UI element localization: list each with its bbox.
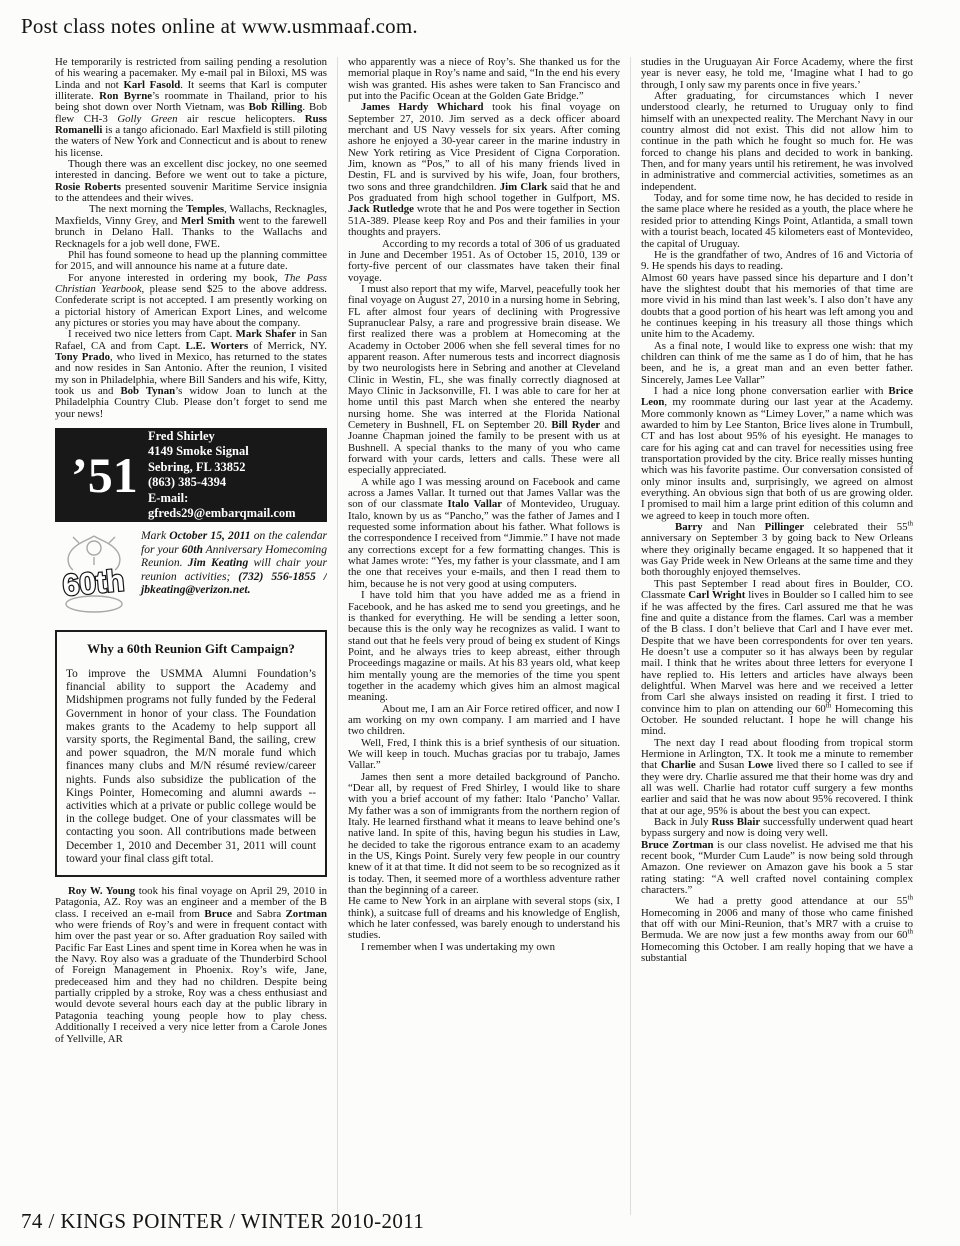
contact-street: 4149 Smoke Signal xyxy=(148,444,321,460)
paragraph: James then sent a more detailed backgrou… xyxy=(348,772,620,897)
paragraph: Though there was an excellent disc jocke… xyxy=(55,159,327,204)
paragraph: I received two nice letters from Capt. M… xyxy=(55,329,327,420)
text-columns: He temporarily is restricted from sailin… xyxy=(55,57,913,1215)
contact-city: Sebring, FL 33852 xyxy=(148,460,321,476)
reunion-note-block: 60th Mark October 15, 2011 on the calend… xyxy=(55,529,327,622)
paragraph: This past September I read about fires i… xyxy=(641,579,913,738)
paragraph: I had a nice long phone conversation ear… xyxy=(641,386,913,522)
paragraph: He came to New York in an airplane with … xyxy=(348,896,620,941)
paragraph: We had a pretty good attendance at our 5… xyxy=(641,896,913,964)
paragraph: Mark October 15, 2011 on the calendar fo… xyxy=(141,529,327,597)
paragraph: A while ago I was messing around on Face… xyxy=(348,477,620,590)
gift-campaign-title: Why a 60th Reunion Gift Campaign? xyxy=(66,641,316,657)
column-middle: who apparently was a niece of Roy’s. She… xyxy=(337,57,620,1215)
class-year-label: ’51 xyxy=(61,450,148,500)
paragraph: After graduating, for circumstances whic… xyxy=(641,91,913,193)
column-right: studies in the Uruguayan Air Force Acade… xyxy=(630,57,913,1215)
class-secretary-contact: Fred Shirley 4149 Smoke Signal Sebring, … xyxy=(148,429,321,522)
class-of-51-contact-box: ’51 Fred Shirley 4149 Smoke Signal Sebri… xyxy=(55,428,327,522)
paragraph: According to my records a total of 306 o… xyxy=(348,239,620,284)
page-header-note: Post class notes online at www.usmmaaf.c… xyxy=(21,14,418,39)
paragraph: As a final note, I would like to express… xyxy=(641,341,913,386)
gift-campaign-box: Why a 60th Reunion Gift Campaign? To imp… xyxy=(55,630,327,877)
60th-anniversary-logo-icon: 60th xyxy=(55,529,135,622)
column-left-top-paragraphs: He temporarily is restricted from sailin… xyxy=(55,57,327,420)
column-right-paragraphs: studies in the Uruguayan Air Force Acade… xyxy=(641,57,913,965)
reunion-note-text: Mark October 15, 2011 on the calendar fo… xyxy=(135,529,327,597)
column-left: He temporarily is restricted from sailin… xyxy=(55,57,327,1215)
paragraph: Roy W. Young took his final voyage on Ap… xyxy=(55,886,327,1045)
paragraph: The next day I read about flooding from … xyxy=(641,738,913,817)
page-footer: 74 / KINGS POINTER / WINTER 2010-2011 xyxy=(21,1209,424,1234)
paragraph: studies in the Uruguayan Air Force Acade… xyxy=(641,57,913,91)
paragraph: Today, and for some time now, he has dec… xyxy=(641,193,913,250)
svg-text:60th: 60th xyxy=(61,564,125,602)
paragraph: Barry and Nan Pillinger celebrated their… xyxy=(641,522,913,579)
paragraph: He is the grandfather of two, Andres of … xyxy=(641,250,913,273)
paragraph: The next morning the Temples, Wallachs, … xyxy=(55,204,327,249)
paragraph: who apparently was a niece of Roy’s. She… xyxy=(348,57,620,102)
paragraph: Bruce Zortman is our class novelist. He … xyxy=(641,840,913,897)
paragraph: Back in July Russ Blair successfully und… xyxy=(641,817,913,840)
magazine-page: Post class notes online at www.usmmaaf.c… xyxy=(0,0,960,1246)
contact-email: E-mail: gfreds29@embarqmail.com xyxy=(148,491,321,522)
paragraph: Well, Fred, I think this is a brief synt… xyxy=(348,738,620,772)
paragraph: I must also report that my wife, Marvel,… xyxy=(348,284,620,477)
paragraph: I remember when I was undertaking my own xyxy=(348,942,620,953)
paragraph: About me, I am an Air Force retired offi… xyxy=(348,704,620,738)
contact-name: Fred Shirley xyxy=(148,429,321,445)
paragraph: Phil has found someone to head up the pl… xyxy=(55,250,327,273)
column-left-bottom-paragraphs: Roy W. Young took his final voyage on Ap… xyxy=(55,886,327,1045)
gift-campaign-body: To improve the USMMA Alumni Foundation’s… xyxy=(66,668,316,866)
contact-phone: (863) 385-4394 xyxy=(148,475,321,491)
paragraph: Almost 60 years have passed since his de… xyxy=(641,273,913,341)
paragraph: James Hardy Whichard took his final voya… xyxy=(348,102,620,238)
column-middle-paragraphs: who apparently was a niece of Roy’s. She… xyxy=(348,57,620,953)
paragraph: He temporarily is restricted from sailin… xyxy=(55,57,327,159)
paragraph: For anyone interested in ordering my boo… xyxy=(55,273,327,330)
paragraph: I have told him that you have added me a… xyxy=(348,590,620,703)
